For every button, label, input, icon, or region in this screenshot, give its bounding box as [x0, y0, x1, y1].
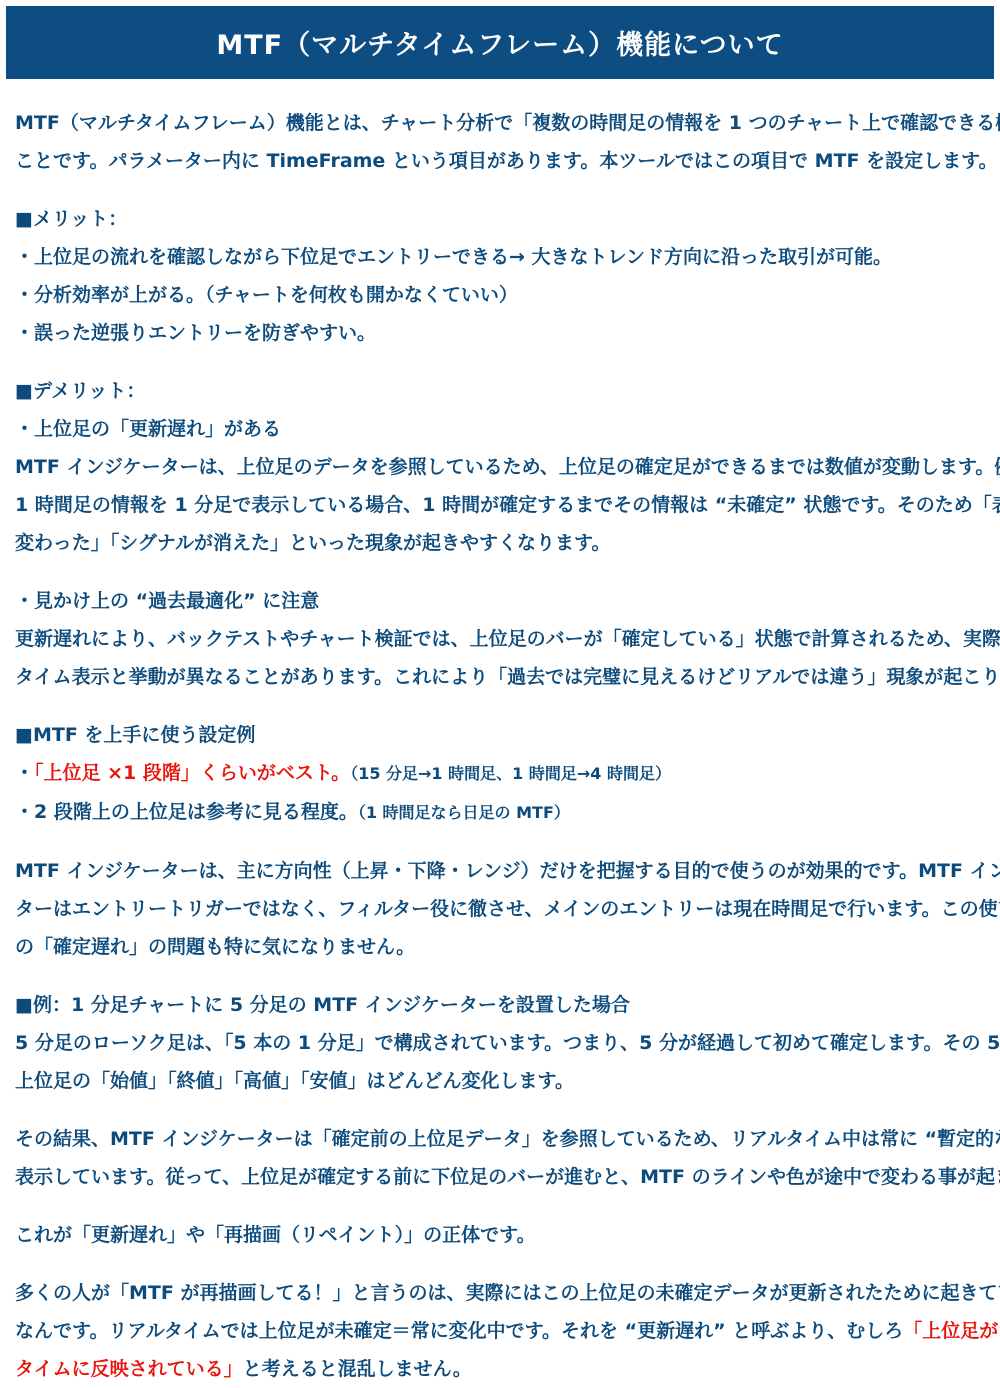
section-heading: ■例：1 分足チャートに 5 分足の MTF インジケーターを設置した場合: [15, 986, 986, 1024]
highlight-red-text: 「上位足がリアル: [903, 1320, 1000, 1342]
result-paragraph: その結果、MTF インジケーターは「確定前の上位足データ」を参照しているため、リ…: [15, 1120, 986, 1196]
bullet-text: ・2 段階上の上位足は参考に見る程度。: [15, 801, 358, 823]
text-line: の「確定遅れ」の問題も特に気になりません。: [15, 928, 986, 966]
intro-paragraph: MTF（マルチタイムフレーム）機能とは、チャート分析で「複数の時間足の情報を 1…: [15, 104, 986, 180]
text-line: 1 時間足の情報を 1 分足で表示している場合、1 時間が確定するまでその情報は…: [15, 486, 986, 524]
text-line: タイム表示と挙動が異なることがあります。これにより「過去では完璧に見えるけどリア…: [15, 658, 986, 696]
text-line: 表示しています。従って、上位足が確定する前に下位足のバーが進むと、MTF のライ…: [15, 1158, 986, 1196]
page-title: MTF（マルチタイムフレーム）機能について: [216, 23, 783, 62]
bullet-item: ・「上位足 ×1 段階」くらいがベスト。（15 分足→1 時間足、1 時間足→4…: [15, 754, 986, 793]
document-body: MTF（マルチタイムフレーム）機能とは、チャート分析で「複数の時間足の情報を 1…: [0, 79, 1000, 1388]
text-line: ことです。パラメーター内に TimeFrame という項目があります。本ツールで…: [15, 142, 986, 180]
text-run: と考えると混乱しません。: [243, 1358, 472, 1380]
text-line: MTF インジケーターは、上位足のデータを参照しているため、上位足の確定足ができ…: [15, 448, 986, 486]
usage-paragraph: MTF インジケーターは、主に方向性（上昇・下降・レンジ）だけを把握する目的で使…: [15, 852, 986, 966]
text-line: これが「更新遅れ」や「再描画（リペイント）」の正体です。: [15, 1216, 986, 1254]
highlight-red-text: 「上位足 ×1 段階」くらいがベスト。: [34, 762, 350, 784]
bullet-item: ・2 段階上の上位足は参考に見る程度。（1 時間足なら日足の MTF）: [15, 793, 986, 832]
example-section: ■例：1 分足チャートに 5 分足の MTF インジケーターを設置した場合 5 …: [15, 986, 986, 1100]
bullet-item: ・上位足の「更新遅れ」がある: [15, 410, 986, 448]
page-header: MTF（マルチタイムフレーム）機能について: [6, 6, 994, 79]
bullet-item: ・上位足の流れを確認しながら下位足でエントリーできる→ 大きなトレンド方向に沿っ…: [15, 238, 986, 276]
text-line: MTF インジケーターは、主に方向性（上昇・下降・レンジ）だけを把握する目的で使…: [15, 852, 986, 890]
demerit-section: ■デメリット： ・上位足の「更新遅れ」がある MTF インジケーターは、上位足の…: [15, 372, 986, 562]
text-line: 5 分足のローソク足は、「5 本の 1 分足」で構成されています。つまり、5 分…: [15, 1024, 986, 1062]
parenthetical-note: （15 分足→1 時間足、1 時間足→4 時間足）: [350, 764, 671, 783]
text-line: ターはエントリートリガーではなく、フィルター役に徹させ、メインのエントリーは現在…: [15, 890, 986, 928]
text-line: その結果、MTF インジケーターは「確定前の上位足データ」を参照しているため、リ…: [15, 1120, 986, 1158]
bullet-item: ・誤った逆張りエントリーを防ぎやすい。: [15, 314, 986, 352]
bullet-item: ・分析効率が上がる。（チャートを何枚も開かなくていい）: [15, 276, 986, 314]
bullet-marker: ・: [15, 762, 34, 784]
section-heading: ■メリット：: [15, 200, 986, 238]
text-line: MTF（マルチタイムフレーム）機能とは、チャート分析で「複数の時間足の情報を 1…: [15, 104, 986, 142]
text-line: 更新遅れにより、バックテストやチャート検証では、上位足のバーが「確定している」状…: [15, 620, 986, 658]
identity-paragraph: これが「更新遅れ」や「再描画（リペイント）」の正体です。: [15, 1216, 986, 1254]
text-line: 変わった」「シグナルが消えた」といった現象が起きやすくなります。: [15, 524, 986, 562]
settings-example-section: ■MTF を上手に使う設定例 ・「上位足 ×1 段階」くらいがベスト。（15 分…: [15, 716, 986, 832]
text-line: 多くの人が「MTF が再描画してる！」と言うのは、実際にはこの上位足の未確定デー…: [15, 1274, 986, 1312]
highlight-red-text: タイムに反映されている」: [15, 1358, 243, 1380]
text-line: なんです。リアルタイムでは上位足が未確定＝常に変化中です。それを “更新遅れ” …: [15, 1312, 986, 1350]
section-heading: ■デメリット：: [15, 372, 986, 410]
section-heading: ■MTF を上手に使う設定例: [15, 716, 986, 754]
text-line: タイムに反映されている」と考えると混乱しません。: [15, 1350, 986, 1388]
parenthetical-note: （1 時間足なら日足の MTF）: [358, 803, 570, 822]
conclusion-paragraph: 多くの人が「MTF が再描画してる！」と言うのは、実際にはこの上位足の未確定デー…: [15, 1274, 986, 1388]
text-run: なんです。リアルタイムでは上位足が未確定＝常に変化中です。それを “更新遅れ” …: [15, 1320, 903, 1342]
bullet-item: ・見かけ上の “過去最適化” に注意: [15, 582, 986, 620]
merit-section: ■メリット： ・上位足の流れを確認しながら下位足でエントリーできる→ 大きなトレ…: [15, 200, 986, 352]
text-line: 上位足の「始値」「終値」「高値」「安値」はどんどん変化します。: [15, 1062, 986, 1100]
past-optimization-section: ・見かけ上の “過去最適化” に注意 更新遅れにより、バックテストやチャート検証…: [15, 582, 986, 696]
